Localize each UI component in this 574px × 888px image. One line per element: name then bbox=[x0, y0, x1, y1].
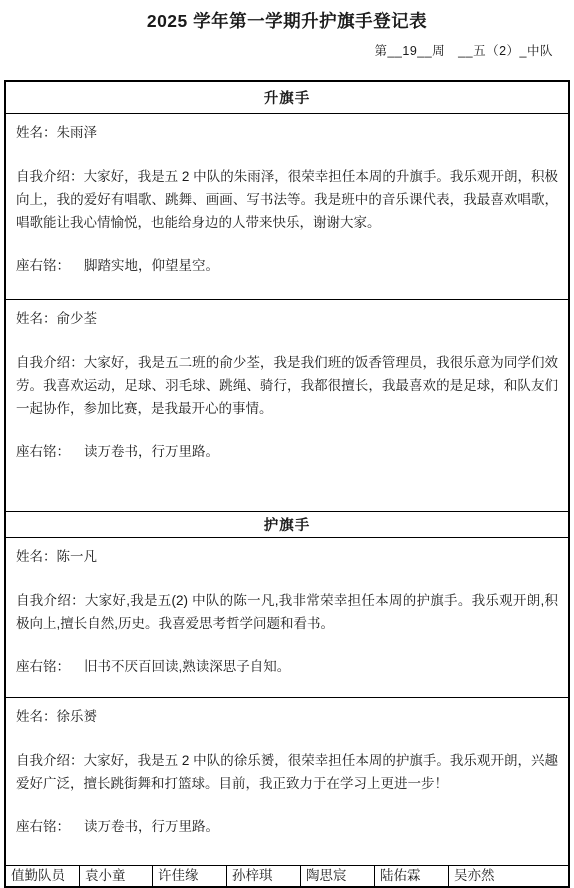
duty-member: 孙梓琪 bbox=[226, 866, 300, 886]
name-label: 姓名： bbox=[16, 311, 57, 326]
duty-member: 陶思宸 bbox=[300, 866, 374, 886]
motto-line: 座右铭：脚踏实地，仰望星空。 bbox=[16, 254, 558, 277]
name-line: 姓名：俞少荃 bbox=[16, 307, 558, 330]
intro-paragraph: 自我介绍：大家好，我是五 2 中队的徐乐赟，很荣幸担任本周的护旗手。我乐观开朗，… bbox=[16, 749, 558, 795]
intro-text: 大家好,我是五(2) 中队的陈一凡,我非常荣幸担任本周的护旗手。我乐观开朗,积极… bbox=[16, 593, 558, 631]
spacer bbox=[16, 728, 558, 749]
section-header-flag-raiser: 升旗手 bbox=[6, 82, 568, 113]
duty-member: 吴亦然 bbox=[448, 866, 568, 886]
name-line: 姓名：朱雨泽 bbox=[16, 121, 558, 144]
page-title: 2025 学年第一学期升护旗手登记表 bbox=[0, 8, 574, 34]
intro-label: 自我介绍： bbox=[16, 753, 84, 768]
motto-text: 读万卷书，行万里路。 bbox=[84, 819, 219, 834]
intro-label: 自我介绍： bbox=[16, 355, 84, 370]
motto-line: 座右铭：读万卷书，行万里路。 bbox=[16, 815, 558, 838]
person-name: 朱雨泽 bbox=[57, 125, 98, 140]
person-name: 陈一凡 bbox=[57, 549, 98, 564]
person-record: 姓名：徐乐赟 自我介绍：大家好，我是五 2 中队的徐乐赟，很荣幸担任本周的护旗手… bbox=[6, 697, 568, 865]
duty-member: 袁小童 bbox=[79, 866, 152, 886]
intro-label: 自我介绍： bbox=[16, 593, 85, 608]
motto-label: 座右铭： bbox=[16, 444, 70, 459]
motto-text: 脚踏实地，仰望星空。 bbox=[84, 258, 219, 273]
document-page: 2025 学年第一学期升护旗手登记表 第__19__周 __五（2）_中队 升旗… bbox=[0, 0, 574, 888]
registration-table: 升旗手 姓名：朱雨泽 自我介绍：大家好，我是五 2 中队的朱雨泽，很荣幸担任本周… bbox=[4, 80, 570, 888]
duty-roster-row: 值勤队员 袁小童 许佳缘 孙梓琪 陶思宸 陆佑霖 吴亦然 bbox=[6, 865, 568, 886]
spacer bbox=[16, 568, 558, 589]
section-header-flag-guard: 护旗手 bbox=[6, 511, 568, 537]
intro-text: 大家好，我是五 2 中队的徐乐赟，很荣幸担任本周的护旗手。我乐观开朗，兴趣爱好广… bbox=[16, 753, 558, 791]
motto-text: 旧书不厌百回读,熟读深思子自知。 bbox=[84, 659, 290, 674]
motto-label: 座右铭： bbox=[16, 258, 70, 273]
intro-label: 自我介绍： bbox=[16, 169, 84, 184]
duty-label: 值勤队员 bbox=[6, 866, 79, 886]
motto-text: 读万卷书，行万里路。 bbox=[84, 444, 219, 459]
name-label: 姓名： bbox=[16, 125, 57, 140]
duty-member: 陆佑霖 bbox=[374, 866, 448, 886]
motto-label: 座右铭： bbox=[16, 659, 70, 674]
intro-text: 大家好，我是五二班的俞少荃，我是我们班的饭香管理员，我很乐意为同学们效劳。我喜欢… bbox=[16, 355, 558, 416]
person-name: 俞少荃 bbox=[57, 311, 98, 326]
intro-paragraph: 自我介绍：大家好，我是五二班的俞少荃，我是我们班的饭香管理员，我很乐意为同学们效… bbox=[16, 351, 558, 420]
person-name: 徐乐赟 bbox=[57, 709, 98, 724]
name-label: 姓名： bbox=[16, 549, 57, 564]
name-label: 姓名： bbox=[16, 709, 57, 724]
motto-label: 座右铭： bbox=[16, 819, 70, 834]
person-record: 姓名：俞少荃 自我介绍：大家好，我是五二班的俞少荃，我是我们班的饭香管理员，我很… bbox=[6, 299, 568, 511]
week-and-squad-line: 第__19__周 __五（2）_中队 bbox=[0, 42, 574, 60]
intro-text: 大家好，我是五 2 中队的朱雨泽，很荣幸担任本周的升旗手。我乐观开朗，积极向上，… bbox=[16, 169, 558, 230]
person-record: 姓名：陈一凡 自我介绍：大家好,我是五(2) 中队的陈一凡,我非常荣幸担任本周的… bbox=[6, 537, 568, 697]
duty-member: 许佳缘 bbox=[152, 866, 226, 886]
intro-paragraph: 自我介绍：大家好，我是五 2 中队的朱雨泽，很荣幸担任本周的升旗手。我乐观开朗，… bbox=[16, 165, 558, 234]
intro-paragraph: 自我介绍：大家好,我是五(2) 中队的陈一凡,我非常荣幸担任本周的护旗手。我乐观… bbox=[16, 589, 558, 635]
name-line: 姓名：陈一凡 bbox=[16, 545, 558, 568]
motto-line: 座右铭：旧书不厌百回读,熟读深思子自知。 bbox=[16, 655, 558, 678]
spacer bbox=[16, 330, 558, 351]
motto-line: 座右铭：读万卷书，行万里路。 bbox=[16, 440, 558, 463]
name-line: 姓名：徐乐赟 bbox=[16, 705, 558, 728]
spacer bbox=[16, 144, 558, 165]
person-record: 姓名：朱雨泽 自我介绍：大家好，我是五 2 中队的朱雨泽，很荣幸担任本周的升旗手… bbox=[6, 113, 568, 299]
